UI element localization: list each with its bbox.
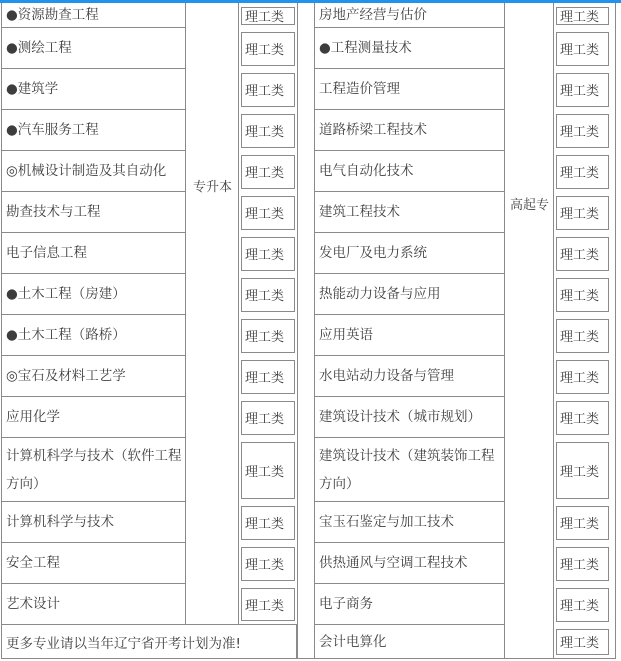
category-badge: 理工类	[556, 319, 609, 353]
category-badge: 理工类	[241, 73, 295, 107]
category-badge: 理工类	[241, 155, 295, 189]
program-cell-right: 建筑工程技术	[315, 192, 505, 233]
level-column-right	[505, 625, 554, 658]
program-cell-right: 水电站动力设备与管理	[315, 356, 505, 397]
spacer-column	[297, 28, 315, 69]
category-badge: 理工类	[556, 196, 609, 230]
level-column-left	[186, 356, 239, 397]
category-badge: 理工类	[241, 442, 295, 499]
category-column-left: 理工类	[239, 110, 297, 151]
program-cell-right: 建筑设计技术（建筑装饰工程方向）	[315, 438, 505, 502]
program-cell-left: ●资源勘查工程	[2, 3, 186, 28]
category-badge: 理工类	[241, 506, 295, 540]
table-row: 应用化学 理工类 建筑设计技术（城市规划） 理工类	[2, 397, 615, 438]
level-column-right	[505, 315, 554, 356]
program-cell-right: 应用英语	[315, 315, 505, 356]
level-column-left	[186, 3, 239, 28]
level-column-left	[186, 69, 239, 110]
spacer-column	[297, 584, 315, 625]
spacer-column	[297, 192, 315, 233]
program-cell-right: 电气自动化技术	[315, 151, 505, 192]
spacer-column	[297, 69, 315, 110]
category-column-right: 理工类	[554, 356, 615, 397]
program-cell-left: 应用化学	[2, 397, 186, 438]
program-cell-left: 安全工程	[2, 543, 186, 584]
category-badge: 理工类	[241, 401, 295, 435]
category-column-right: 理工类	[554, 110, 615, 151]
level-column-right	[505, 69, 554, 110]
program-cell-right: 热能动力设备与应用	[315, 274, 505, 315]
level-column-left	[186, 397, 239, 438]
category-column-left: 理工类	[239, 584, 297, 625]
program-cell-left: ●测绘工程	[2, 28, 186, 69]
spacer-column	[297, 397, 315, 438]
program-cell-left: 电子信息工程	[2, 233, 186, 274]
category-column-right: 理工类	[554, 3, 615, 28]
table-row: 计算机科学与技术（软件工程方向） 理工类 建筑设计技术（建筑装饰工程方向） 理工…	[2, 438, 615, 502]
category-badge: 理工类	[556, 114, 609, 148]
category-badge: 理工类	[241, 114, 295, 148]
program-cell-left: 艺术设计	[2, 584, 186, 625]
program-cell-left: 计算机科学与技术（软件工程方向）	[2, 438, 186, 502]
table-row: ●资源勘查工程 理工类 房地产经营与估价 理工类	[2, 3, 615, 28]
note-cell: 更多专业请以当年辽宁省开考计划为准!	[2, 625, 297, 658]
level-column-left	[186, 502, 239, 543]
category-badge: 理工类	[241, 588, 295, 621]
category-column-right: 理工类	[554, 625, 615, 658]
program-cell-right: 建筑设计技术（城市规划）	[315, 397, 505, 438]
category-badge: 理工类	[556, 547, 609, 581]
category-badge: 理工类	[556, 506, 609, 540]
level-label-left: 专升本	[186, 176, 239, 195]
spacer-column	[297, 502, 315, 543]
category-badge: 理工类	[241, 237, 295, 271]
level-column-right	[505, 502, 554, 543]
level-column-left	[186, 110, 239, 151]
category-badge: 理工类	[556, 401, 609, 435]
spacer-column	[297, 438, 315, 502]
level-column-left	[186, 28, 239, 69]
level-column-left	[186, 274, 239, 315]
spacer-column	[297, 315, 315, 356]
program-cell-left: ●汽车服务工程	[2, 110, 186, 151]
category-badge: 理工类	[241, 196, 295, 230]
program-cell-right: 发电厂及电力系统	[315, 233, 505, 274]
category-column-right: 理工类	[554, 584, 615, 625]
program-cell-right: ●工程测量技术	[315, 28, 505, 69]
category-column-left: 理工类	[239, 356, 297, 397]
table-row: 电子信息工程 理工类 发电厂及电力系统 理工类	[2, 233, 615, 274]
table-row: ●土木工程（房建） 理工类 热能动力设备与应用 理工类	[2, 274, 615, 315]
program-cell-right: 房地产经营与估价	[315, 3, 505, 28]
program-cell-left: ◎机械设计制造及其自动化	[2, 151, 186, 192]
category-badge: 理工类	[241, 319, 295, 353]
table-row: ◎机械设计制造及其自动化 理工类 电气自动化技术 理工类	[2, 151, 615, 192]
category-column-right: 理工类	[554, 502, 615, 543]
category-column-left: 理工类	[239, 233, 297, 274]
table-row: 艺术设计 理工类 电子商务 理工类	[2, 584, 615, 625]
spacer-column	[297, 233, 315, 274]
category-column-left: 理工类	[239, 502, 297, 543]
category-badge: 理工类	[556, 278, 609, 312]
category-column-left: 理工类	[239, 151, 297, 192]
program-cell-left: 计算机科学与技术	[2, 502, 186, 543]
spacer-column	[297, 625, 315, 658]
level-column-left	[186, 584, 239, 625]
category-column-left: 理工类	[239, 28, 297, 69]
table-row: ●汽车服务工程 理工类 道路桥梁工程技术 理工类	[2, 110, 615, 151]
level-column-right	[505, 151, 554, 192]
level-column-right	[505, 438, 554, 502]
table-row-note: 更多专业请以当年辽宁省开考计划为准! 会计电算化 理工类	[2, 625, 615, 658]
table-row: ●测绘工程 理工类 ●工程测量技术 理工类	[2, 28, 615, 69]
level-column-left	[186, 192, 239, 233]
category-column-right: 理工类	[554, 151, 615, 192]
program-cell-right: 电子商务	[315, 584, 505, 625]
level-column-right	[505, 356, 554, 397]
category-column-left: 理工类	[239, 543, 297, 584]
category-badge: 理工类	[241, 7, 295, 25]
category-column-right: 理工类	[554, 397, 615, 438]
category-badge: 理工类	[556, 629, 609, 655]
program-cell-left: ●土木工程（路桥）	[2, 315, 186, 356]
category-column-right: 理工类	[554, 28, 615, 69]
category-badge: 理工类	[556, 442, 609, 499]
category-badge: 理工类	[241, 360, 295, 394]
level-column-left	[186, 543, 239, 584]
category-column-right: 理工类	[554, 233, 615, 274]
category-column-right: 理工类	[554, 69, 615, 110]
category-badge: 理工类	[241, 32, 295, 66]
level-column-left	[186, 438, 239, 502]
category-badge: 理工类	[556, 32, 609, 66]
program-cell-left: ●土木工程（房建）	[2, 274, 186, 315]
category-badge: 理工类	[556, 360, 609, 394]
spacer-column	[297, 110, 315, 151]
level-column-right	[505, 274, 554, 315]
category-badge: 理工类	[241, 547, 295, 581]
level-column-left	[186, 233, 239, 274]
category-column-right: 理工类	[554, 438, 615, 502]
table-row: 安全工程 理工类 供热通风与空调工程技术 理工类	[2, 543, 615, 584]
program-cell-right: 供热通风与空调工程技术	[315, 543, 505, 584]
program-table: ●资源勘查工程 理工类 房地产经营与估价 理工类 ●测绘工程 理工类 ●工程测量…	[1, 3, 616, 659]
category-badge: 理工类	[556, 73, 609, 107]
category-column-left: 理工类	[239, 315, 297, 356]
category-column-right: 理工类	[554, 274, 615, 315]
program-cell-left: ●建筑学	[2, 69, 186, 110]
table-row: 计算机科学与技术 理工类 宝玉石鉴定与加工技术 理工类	[2, 502, 615, 543]
level-column-right	[505, 28, 554, 69]
category-column-right: 理工类	[554, 543, 615, 584]
category-column-left: 理工类	[239, 3, 297, 28]
table-row: ●建筑学 理工类 工程造价管理 理工类	[2, 69, 615, 110]
program-cell-left: ◎宝石及材料工艺学	[2, 356, 186, 397]
table-row: ●土木工程（路桥） 理工类 应用英语 理工类	[2, 315, 615, 356]
category-badge: 理工类	[556, 7, 609, 25]
level-column-right	[505, 584, 554, 625]
category-column-left: 理工类	[239, 397, 297, 438]
level-column-left	[186, 315, 239, 356]
category-column-right: 理工类	[554, 315, 615, 356]
spacer-column	[297, 274, 315, 315]
level-column-right	[505, 3, 554, 28]
program-cell-right: 宝玉石鉴定与加工技术	[315, 502, 505, 543]
level-label-right: 高起专	[505, 194, 554, 213]
level-column-right	[505, 233, 554, 274]
category-column-left: 理工类	[239, 69, 297, 110]
category-column-right: 理工类	[554, 192, 615, 233]
program-cell-left: 勘查技术与工程	[2, 192, 186, 233]
category-column-left: 理工类	[239, 274, 297, 315]
spacer-column	[297, 356, 315, 397]
spacer-column	[297, 151, 315, 192]
level-column-right	[505, 543, 554, 584]
category-column-left: 理工类	[239, 192, 297, 233]
program-cell-right: 道路桥梁工程技术	[315, 110, 505, 151]
category-badge: 理工类	[556, 155, 609, 189]
program-cell-right: 会计电算化	[315, 625, 505, 658]
level-column-right	[505, 397, 554, 438]
category-column-left: 理工类	[239, 438, 297, 502]
spacer-column	[297, 3, 315, 28]
category-badge: 理工类	[556, 588, 609, 622]
category-badge: 理工类	[241, 278, 295, 312]
category-badge: 理工类	[556, 237, 609, 271]
program-cell-right: 工程造价管理	[315, 69, 505, 110]
level-column-right	[505, 110, 554, 151]
table-row: ◎宝石及材料工艺学 理工类 水电站动力设备与管理 理工类	[2, 356, 615, 397]
spacer-column	[297, 543, 315, 584]
